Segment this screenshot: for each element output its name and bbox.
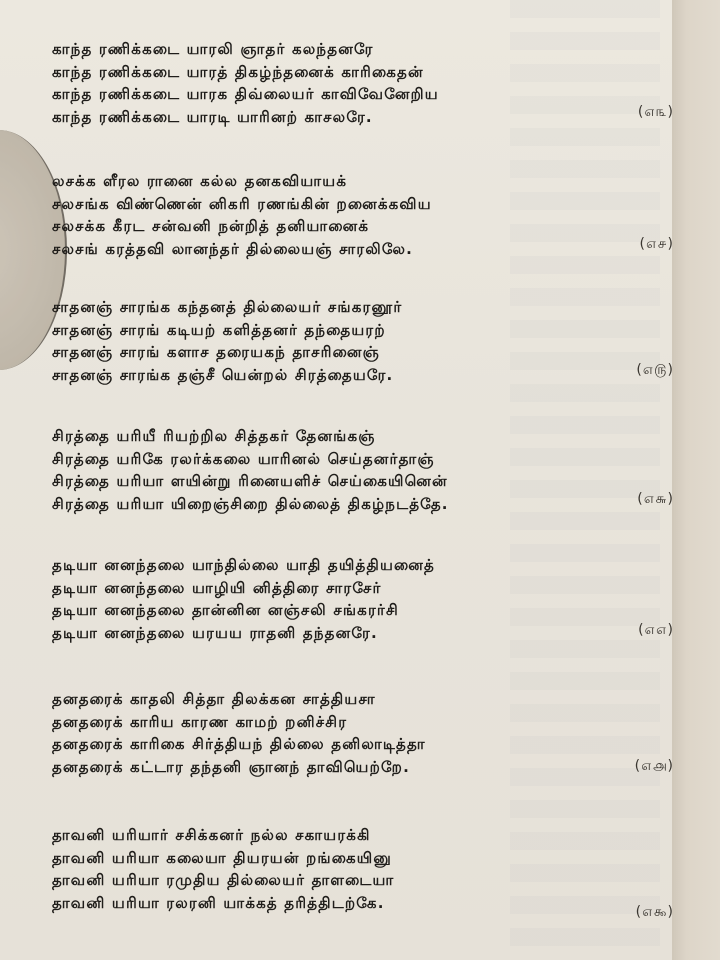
verse-number: (௭௯) xyxy=(636,904,674,922)
verse-number: (௭௫) xyxy=(636,362,674,380)
verse-line: தாவனி யரியா ரலரனி யாக்கத் தரித்திடற்கே. xyxy=(52,892,672,915)
verse-line: தனதரைக் காதலி சித்தா திலக்கன சாத்தியசா xyxy=(52,688,672,711)
verse-line: காந்த ரணிக்கடை யாரக திவ்லையர் காவிவேனேறி… xyxy=(52,83,672,106)
verse-line: தாவனி யரியா ரமுதிய தில்லையர் தாளடையா xyxy=(52,869,672,892)
verse-line: சாதனஞ் சாரங்க தஞ்சீ யென்றல் சிரத்தையரே. xyxy=(52,364,672,387)
stanza-77: தடியா னனந்தலை யாந்தில்லை யாதி தயித்தியனை… xyxy=(52,554,672,644)
verse-line: சிரத்தை யரியா யிறைஞ்சிறை தில்லைத் திகழ்ந… xyxy=(52,493,672,516)
verse-line: தடியா னனந்தலை யரயய ராதனி தந்தனரே. xyxy=(52,622,672,645)
verse-line: தாவனி யரியா கலையா தியரயன் றங்கையினு xyxy=(52,847,672,870)
verse-line: லசக்க ளீரல ரானை கல்ல தனகவியாயக் xyxy=(52,170,672,193)
stanza-78: தனதரைக் காதலி சித்தா திலக்கன சாத்தியசா த… xyxy=(52,688,672,778)
verse-number: (௭௩) xyxy=(638,104,674,122)
verse-number: (௭௬) xyxy=(637,491,674,509)
verse-line: சலசக்க கீரட சன்வனி நன்றித் தனியானைக் xyxy=(52,215,672,238)
verse-line: காந்த ரணிக்கடை யாரத் திகழ்ந்தனைக் காரிகை… xyxy=(52,61,672,84)
verse-line: தடியா னனந்தலை தான்னின னஞ்சலி சங்கரர்சி xyxy=(52,599,672,622)
verse-number: (௭௭) xyxy=(638,622,674,640)
verse-line: சலசங் கரத்தவி லானந்தர் தில்லையஞ் சாரலிலே… xyxy=(52,238,672,261)
verse-number: (௭௮) xyxy=(635,758,674,776)
stanza-75: சாதனஞ் சாரங்க கந்தனத் தில்லையர் சங்கரனூர… xyxy=(52,296,672,386)
verse-line: தடியா னனந்தலை யாந்தில்லை யாதி தயித்தியனை… xyxy=(52,554,672,577)
verse-line: தாவனி யரியார் சசிக்கனர் நல்ல சகாயரக்கி xyxy=(52,824,672,847)
verse-line: சிரத்தை யரியீ ரியற்றில சித்தகர் தேனங்கஞ் xyxy=(52,425,672,448)
verse-line: காந்த ரணிக்கடை யாரலி ஞாதர் கலந்தனரே xyxy=(52,38,672,61)
verse-number: (௭௪) xyxy=(640,236,675,254)
verse-line: தனதரைக் காரிகை சிர்த்தியந் தில்லை தனிலாட… xyxy=(52,733,672,756)
stanza-76: சிரத்தை யரியீ ரியற்றில சித்தகர் தேனங்கஞ்… xyxy=(52,425,672,515)
verse-line: சாதனஞ் சாரங்க கந்தனத் தில்லையர் சங்கரனூர… xyxy=(52,296,672,319)
verse-line: சலசங்க விண்ணென் னிகரி ரணங்கின் றனைக்கவிய xyxy=(52,193,672,216)
verse-line: காந்த ரணிக்கடை யாரடி யாரினற் காசலரே. xyxy=(52,106,672,129)
verse-line: தனதரைக் கட்டார தந்தனி ஞானந் தாவியெற்றே. xyxy=(52,756,672,779)
verse-line: தனதரைக் காரிய காரண காமற் றனிச்சிர xyxy=(52,711,672,734)
verse-line: சிரத்தை யரிகே ரலர்க்கலை யாரினல் செய்தனர்… xyxy=(52,448,672,471)
page-edge xyxy=(672,0,720,960)
verse-line: சாதனஞ் சாரங் கடியற் களித்தனர் தந்தையரற் xyxy=(52,319,672,342)
stanza-73: காந்த ரணிக்கடை யாரலி ஞாதர் கலந்தனரே காந்… xyxy=(52,38,672,128)
stanza-74: லசக்க ளீரல ரானை கல்ல தனகவியாயக் சலசங்க வ… xyxy=(52,170,672,260)
verse-line: தடியா னனந்தலை யாழியி னித்திரை சாரசேர் xyxy=(52,577,672,600)
verse-line: சாதனஞ் சாரங் களாச தரையகந் தாசரினைஞ் xyxy=(52,341,672,364)
stanza-79: தாவனி யரியார் சசிக்கனர் நல்ல சகாயரக்கி த… xyxy=(52,824,672,914)
verse-line: சிரத்தை யரியா ளயின்று ரினையளிச் செய்கையி… xyxy=(52,470,672,493)
